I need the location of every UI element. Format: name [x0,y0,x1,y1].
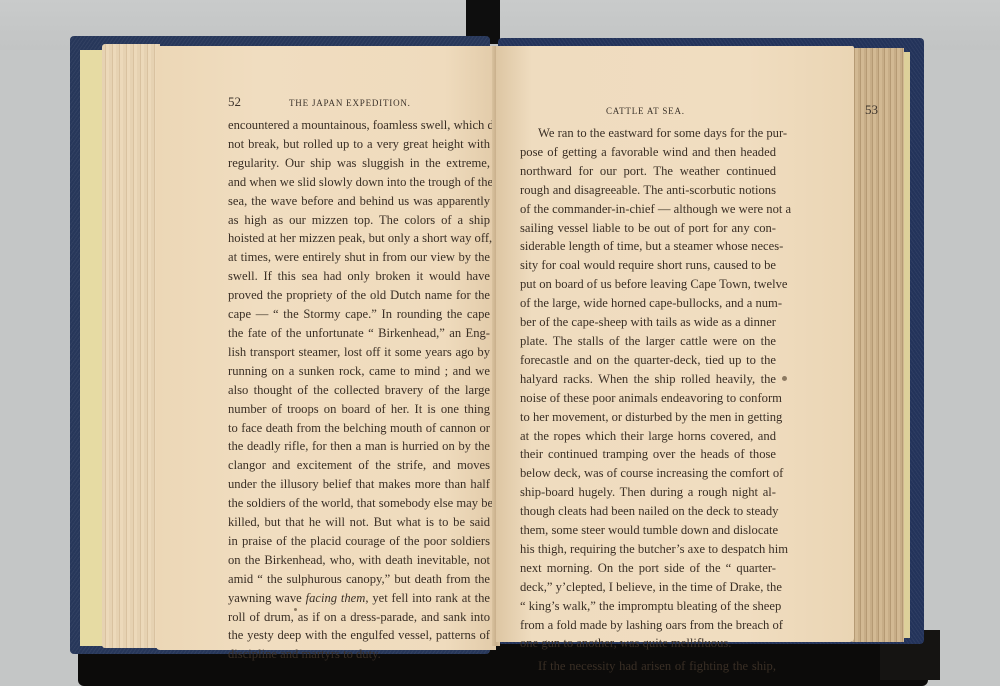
text-line: their continued tramping over the heads … [520,445,776,464]
text-line: If the necessity had arisen of fighting … [520,657,776,676]
left-page-number: 52 [228,94,241,110]
text-line: under the illusory belief that makes mor… [228,475,490,494]
text-line: sity for coal would require short runs, … [520,256,776,275]
text-line: running on a sunken rock, came to mind ;… [228,362,490,381]
page-stack-right [852,48,904,642]
left-page-body: encountered a mountainous, foamless swel… [228,116,490,664]
text-line: at times, were entirely shut in from our… [228,248,490,267]
text-line: to face death from the belching mouth of… [228,419,490,438]
text-line: discipline and martyrs to duty. [228,645,490,664]
text-line: roll of drum, as if on a dress-parade, a… [228,608,490,627]
text-line: sailing vessel liable to be out of port … [520,219,776,238]
text-line: and when we slid slowly down into the tr… [228,173,490,192]
left-page: 52 THE JAPAN EXPEDITION. encountered a m… [156,46,496,650]
text-line: them, some steer would tumble down and d… [520,521,776,540]
text-line: plate. The stalls of the larger cattle w… [520,332,776,351]
text-line: ship-board hugely. Then during a rough n… [520,483,776,502]
text-line: “ king’s walk,” the impromptu bleating o… [520,597,776,616]
text-line: his thigh, requiring the butcher’s axe t… [520,540,776,559]
text-line-with-italic: yawning wave facing them, yet fell into … [228,589,490,608]
text-line: clangor and excitement of the strife, an… [228,456,490,475]
text-line: regularity. Our ship was sluggish in the… [228,154,490,173]
text-line: We ran to the eastward for some days for… [520,124,776,143]
text-line: not break, but rolled up to a very great… [228,135,490,154]
text-line: to her movement, or disturbed by the men… [520,408,776,427]
text-line: put on board of us before leaving Cape T… [520,275,776,294]
text-line: sea, the wave before and behind us was a… [228,192,490,211]
text-line: the fate of the unfortunate “ Birkenhead… [228,324,490,343]
text-segment: , yet fell into rank at the [365,591,490,605]
text-line: the deadly rifle, for then a man is hurr… [228,437,490,456]
left-running-header: 52 THE JAPAN EXPEDITION. [228,94,411,110]
text-line: of the large, wide horned cape-bullocks,… [520,294,776,313]
text-line: cape — “ the Stormy cape.” In rounding t… [228,305,490,324]
right-page: CATTLE AT SEA. 53 We ran to the eastward… [496,46,854,642]
paper-speck [294,608,297,611]
text-line: noise of these poor animals endeavoring … [520,389,776,408]
text-line: halyard racks. When the ship rolled heav… [520,370,776,389]
text-line: below deck, was of course increasing the… [520,464,776,483]
text-line: northward for our port. The weather cont… [520,162,776,181]
text-line: in praise of the placid courage of the p… [228,532,490,551]
text-line: proved the propriety of the old Dutch na… [228,286,490,305]
paper-speck [782,376,787,381]
text-line: hoisted at her mizzen peak, but only a s… [228,229,490,248]
text-line: of the commander-in-chief — although we … [520,200,776,219]
text-line: amid “ the sulphurous canopy,” but death… [228,570,490,589]
text-line: ber of the cape-sheep with tails as wide… [520,313,776,332]
text-line: pose of getting a favorable wind and the… [520,143,776,162]
text-line: killed, but that he will not. But what i… [228,513,490,532]
right-running-header: CATTLE AT SEA. 53 [606,102,878,118]
text-line: lish transport steamer, lost off it some… [228,343,490,362]
right-running-title: CATTLE AT SEA. [606,106,685,116]
text-line: deck,” y’clepted, I believe, in the time… [520,578,776,597]
text-line: next morning. On the port side of the “ … [520,559,776,578]
text-line: the soldiers of the world, that somebody… [228,494,490,513]
text-line: from a fold made by lashing oars from th… [520,616,776,635]
page-stack-left [102,44,160,648]
text-line: the yesty deep with the engulfed vessel,… [228,626,490,645]
text-line: forecastle and on the quarter-deck, tied… [520,351,776,370]
text-line: on the Birkenhead, who, with death inevi… [228,551,490,570]
text-segment: yawning wave [228,591,302,605]
text-line: rough and disagreeable. The anti-scorbut… [520,181,776,200]
right-page-number: 53 [865,102,878,118]
text-line: swell. If this sea had only broken it wo… [228,267,490,286]
text-line: at the ropes which their large horns cov… [520,427,776,446]
right-page-body: We ran to the eastward for some days for… [520,124,776,676]
text-line: number of troops on board of her. It is … [228,400,490,419]
text-line: as high as our mizzen top. The colors of… [228,211,490,230]
text-line: encountered a mountainous, foamless swel… [228,116,490,135]
text-line: siderable length of time, but a steamer … [520,237,776,256]
text-line: also thought of the collected bravery of… [228,381,490,400]
text-line: though cleats had been nailed on the dec… [520,502,776,521]
left-running-title: THE JAPAN EXPEDITION. [289,98,411,108]
text-line: one gun to another, was quite mellifluou… [520,634,776,653]
italic-phrase: facing them [306,591,366,605]
